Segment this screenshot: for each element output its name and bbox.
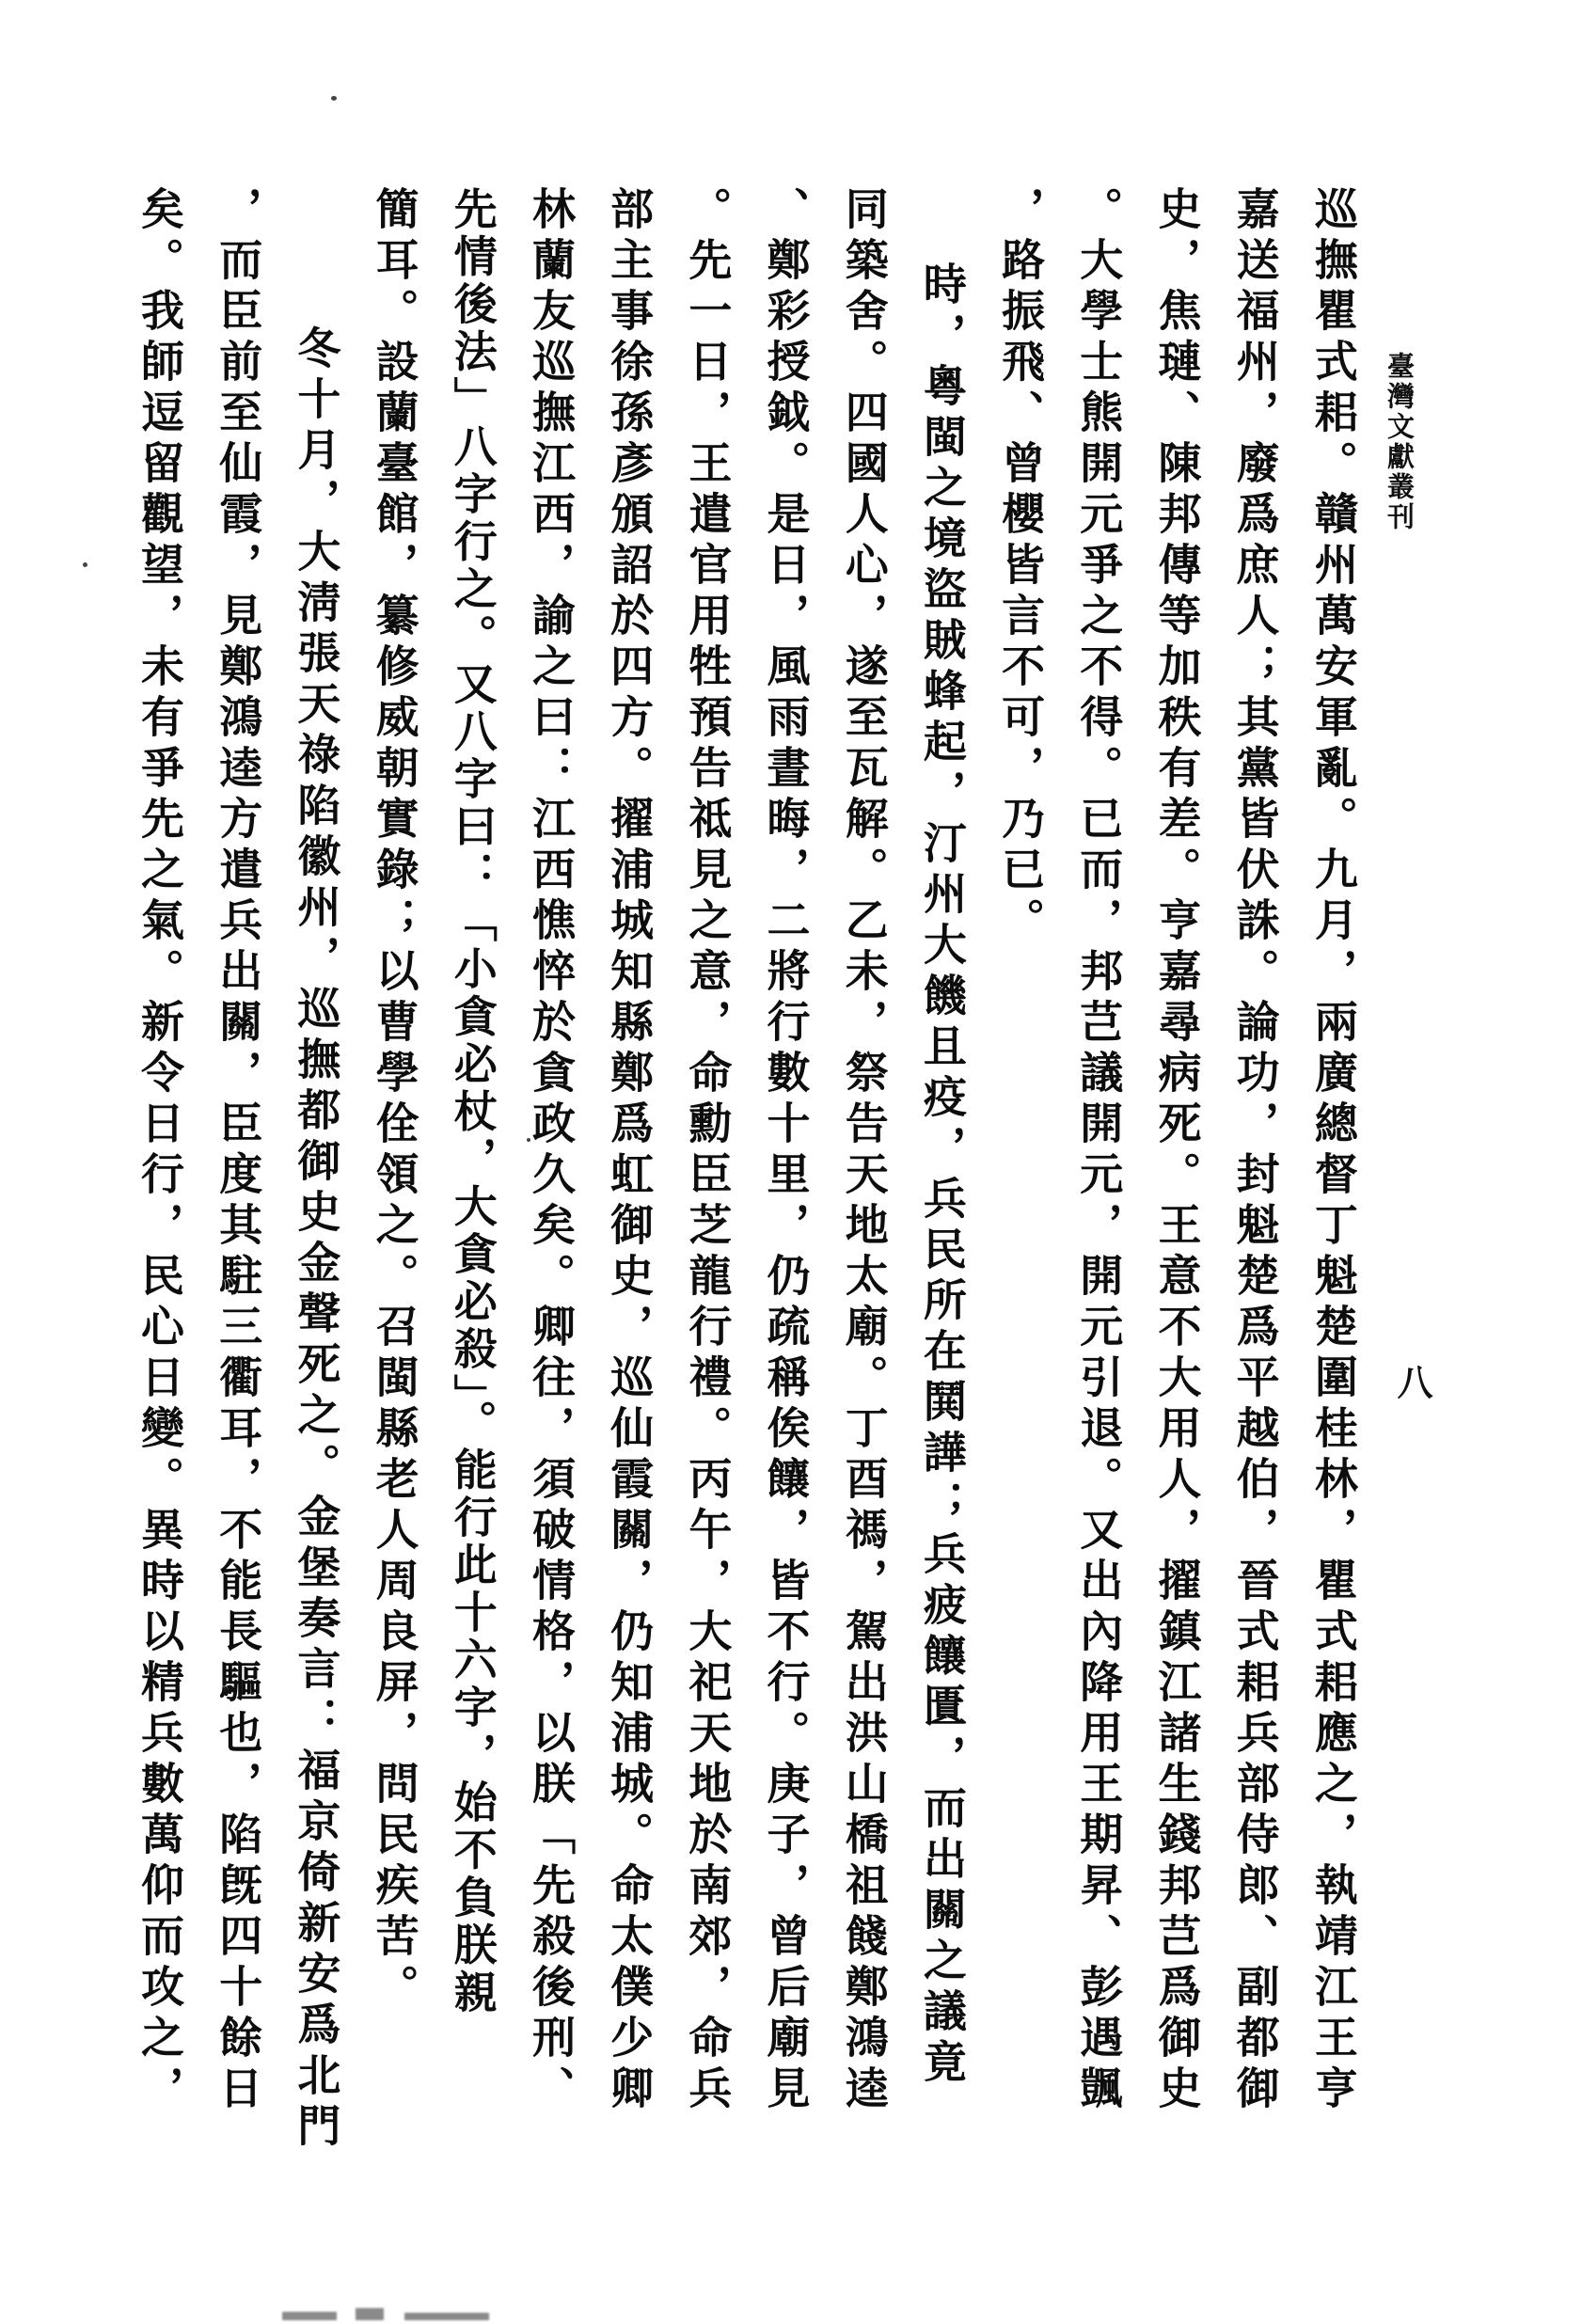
scan-artifact — [282, 2312, 337, 2320]
text-column: 簡耳。設蘭臺館，纂修威朝實錄；以曹學佺領之。召閩縣老人周良屏，問民疾苦。 — [371, 186, 419, 2122]
scan-speck — [527, 1138, 530, 1142]
text-column: 史，焦璉、陳邦傳等加秩有差。亨嘉尋病死。王意不大用人，擢鎮江諸生錢邦芑爲御史 — [1152, 186, 1201, 2122]
text-column: 嘉送福州，廢爲庶人；其黨皆伏誅。論功，封魁楚爲平越伯，晉式耜兵部侍郎、副都御 — [1231, 186, 1280, 2122]
running-title: 臺灣文獻叢刊 — [1375, 352, 1424, 559]
text-column: 巡撫瞿式耜。贛州萬安軍亂。九月，兩廣總督丁魁楚圍桂林，瞿式耜應之，執靖江王亨 — [1309, 186, 1358, 2122]
text-column: 矣。我師逗留觀望，未有爭先之氣。新令日行，民心日變。異時以精兵數萬仰而攻之， — [135, 186, 184, 2122]
scan-speck — [83, 562, 87, 567]
text-column: 。先一日，王遣官用牲預告祗見之意，命勳臣芝龍行禮。丙午，大祀天地於南郊，命兵 — [683, 186, 732, 2122]
book-page: 臺灣文獻叢刊 八 巡撫瞿式耜。贛州萬安軍亂。九月，兩廣總督丁魁楚圍桂林，瞿式耜應… — [0, 0, 1582, 2324]
scan-speck — [331, 96, 337, 101]
text-block: 巡撫瞿式耜。贛州萬安軍亂。九月，兩廣總督丁魁楚圍桂林，瞿式耜應之，執靖江王亨 嘉… — [135, 186, 1358, 2122]
text-column: 林蘭友巡撫江西，諭之曰：江西憔悴於貪政久矣。卿往，須破情格，以朕「先殺後刑、 — [527, 186, 576, 2122]
scan-artifact — [404, 2313, 489, 2320]
text-column: 時，粵閩之境盜賊蜂起，汀州大饑且疫，兵民所在鬨譁；兵疲饟匱，而出關之議竟 — [918, 186, 967, 2122]
text-column: 同築舍。四國人心，遂至瓦解。乙未，祭告天地太廟。丁酉禡，駕出洪山橋祖餞鄭鴻逵 — [840, 186, 889, 2122]
text-column: 、鄭彩授鉞。是日，風雨晝晦，二將行數十里，仍疏稱俟饟，皆不行。庚子，曾后廟見 — [762, 186, 811, 2122]
scan-artifact — [356, 2308, 384, 2320]
text-column: 冬十月，大淸張天祿陷徽州，巡撫都御史金聲死之。金堡奏言：福京倚新安爲北門 — [292, 186, 340, 2122]
text-column: 。大學士熊開元爭之不得。已而，邦芑議開元，開元引退。又出內降用王期昇、彭遇颽 — [1074, 186, 1123, 2122]
text-column: 部主事徐孫彥頒詔於四方。擢浦城知縣鄭爲虹御史，巡仙霞關，仍知浦城。命太僕少卿 — [605, 186, 654, 2122]
text-column: ，而臣前至仙霞，見鄭鴻逵方遣兵出關，臣度其駐三衢耳，不能長驅也，陷旣四十餘日 — [214, 186, 262, 2122]
text-column: ，路振飛、曾櫻皆言不可，乃已。 — [996, 186, 1045, 2122]
text-column: 先情後法」八字行之。又八字曰：「小貪必杖，大貪必殺」。能行此十六字，始不負朕親 — [449, 186, 498, 2122]
page-number: 八 — [1386, 1364, 1438, 1399]
